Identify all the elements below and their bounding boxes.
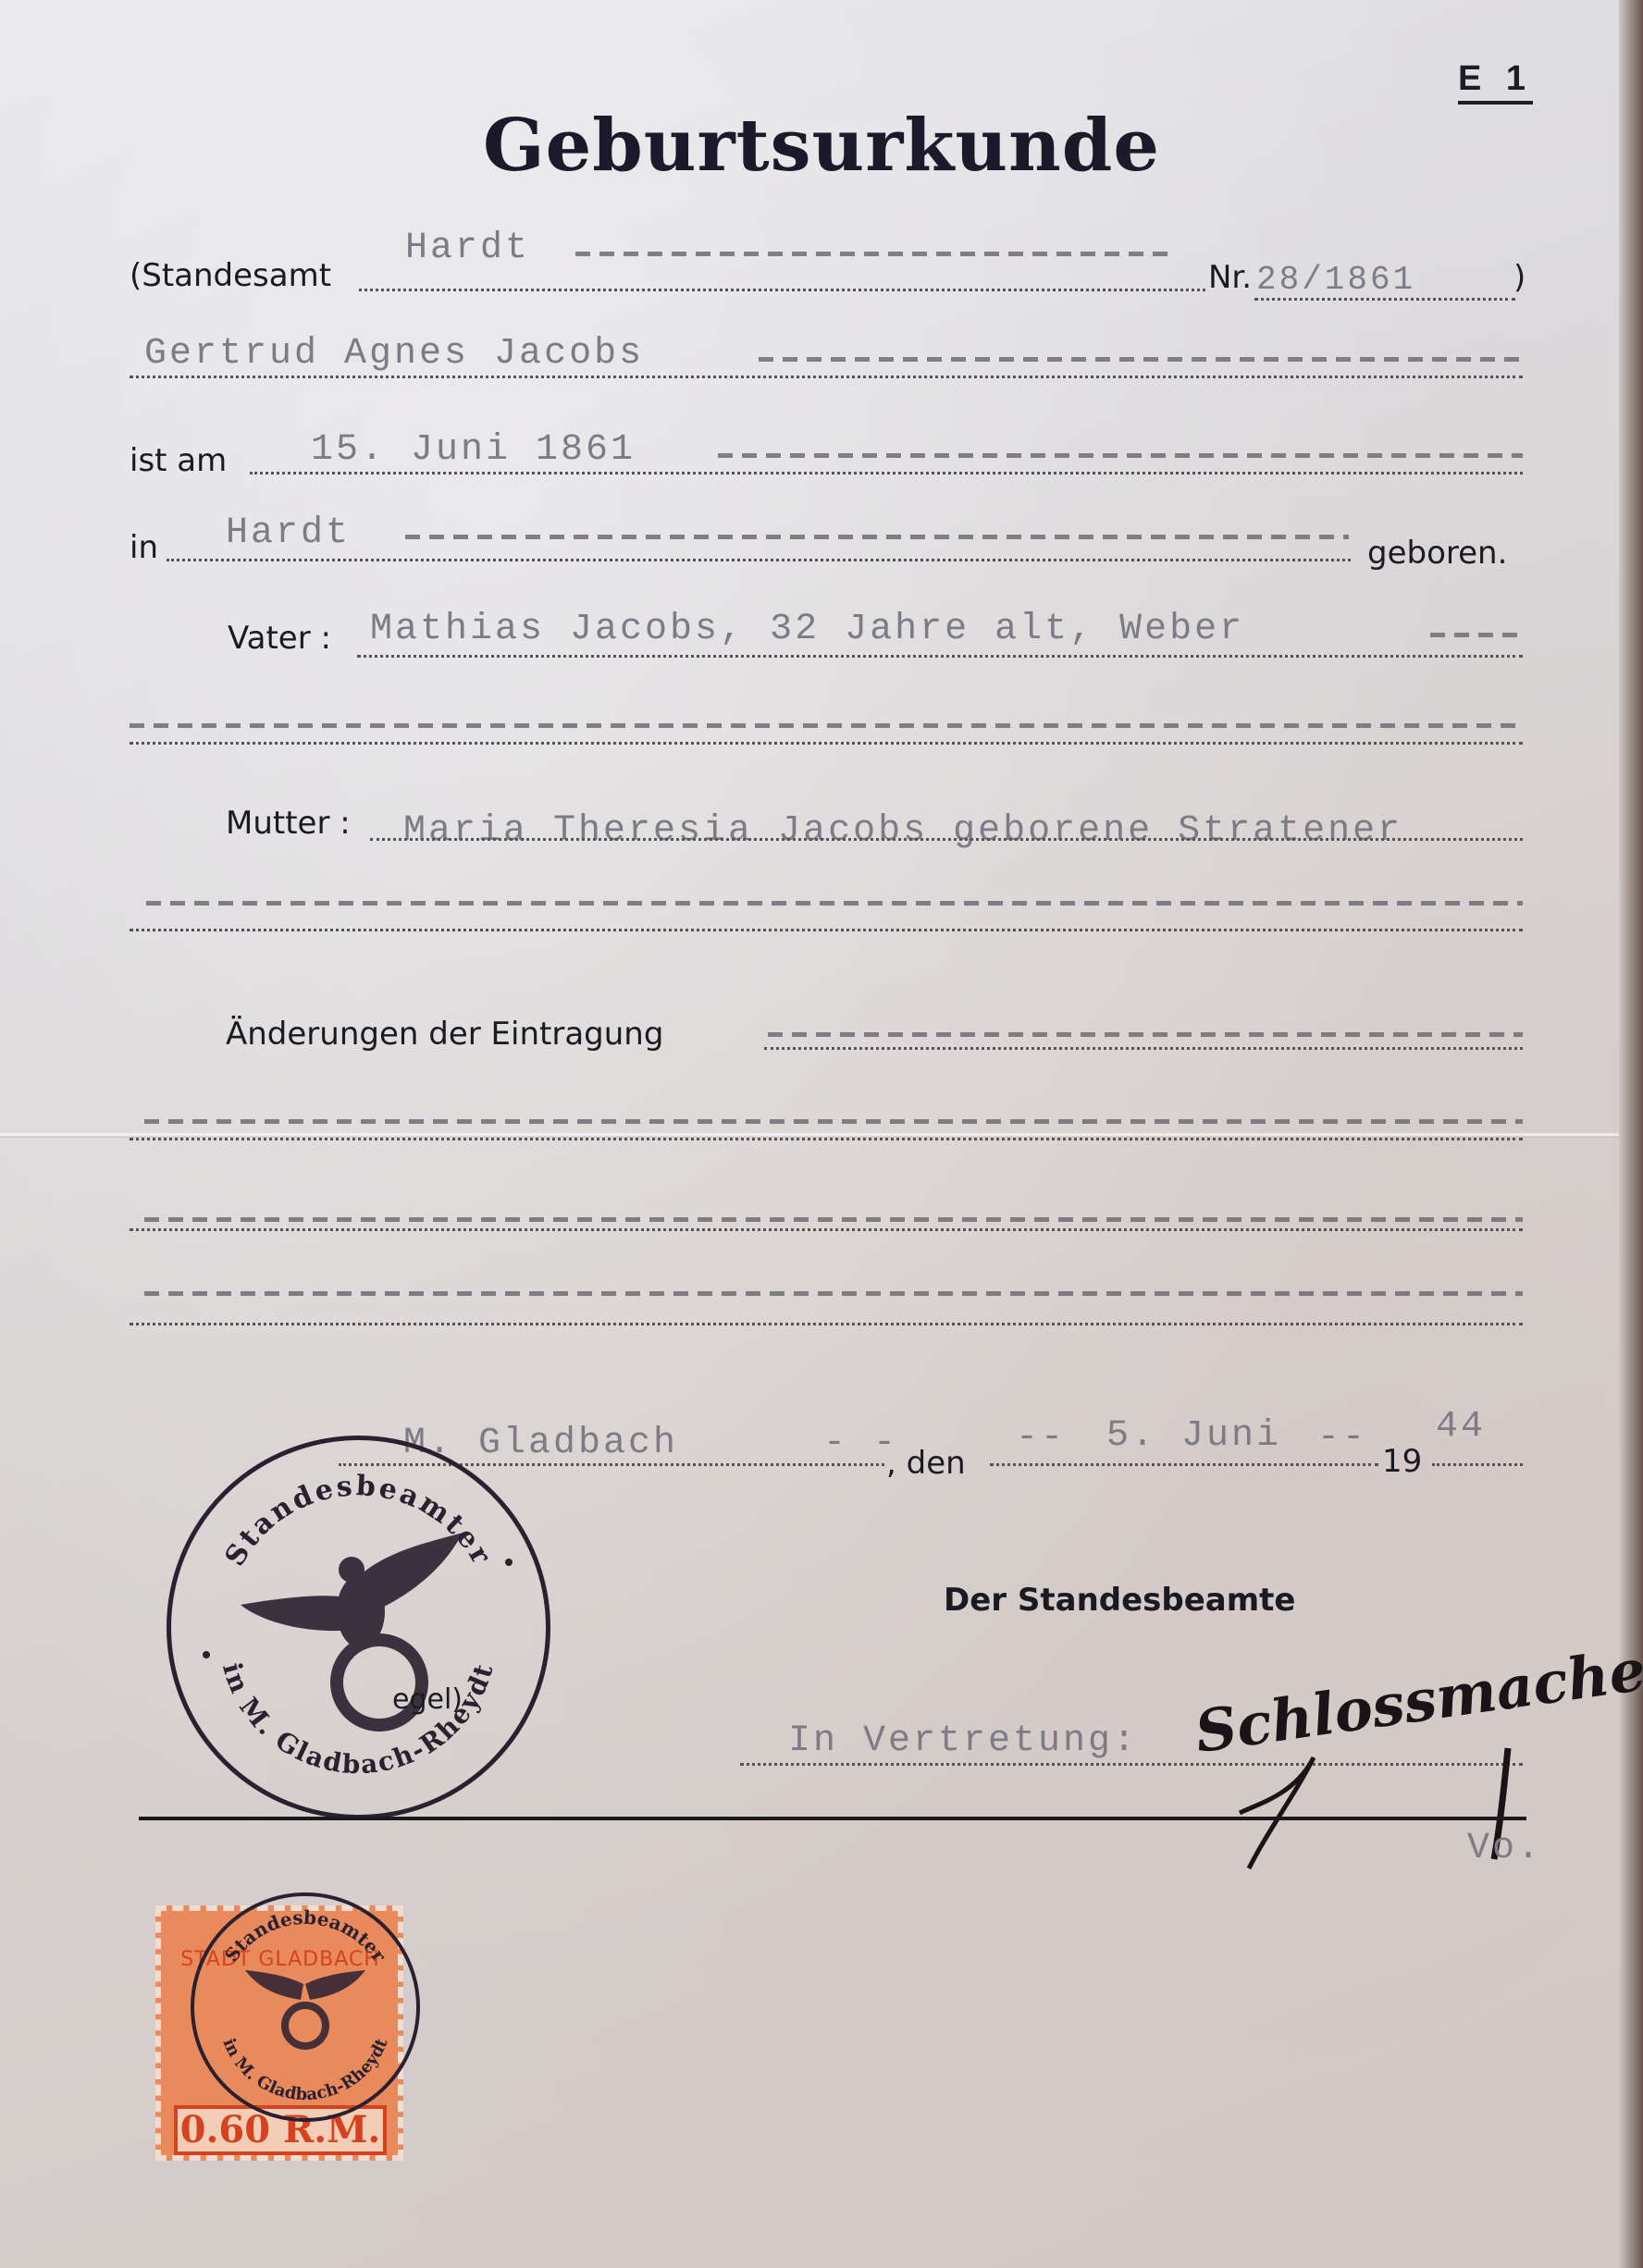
- official-suffix: Vo.: [1467, 1828, 1542, 1869]
- changes-line3-dashes: [144, 1217, 1523, 1222]
- issue-date: 5. Juni: [1106, 1415, 1281, 1457]
- father-line2-dashes: [130, 723, 1523, 728]
- nr-label: Nr.: [1208, 259, 1252, 296]
- nr-dotted-line: [1254, 298, 1515, 301]
- cancel-text-ring: Standesbeamter in M. Gladbach-Rheydt: [194, 1896, 416, 2118]
- mother-line2-dashes: [146, 901, 1523, 906]
- mother-line2-dotted: [130, 929, 1523, 931]
- official-seal: Standesbeamter in M. Gladbach-Rheydt: [167, 1436, 550, 1819]
- birth-place-label: in: [130, 529, 158, 566]
- changes-dotted-line: [764, 1047, 1523, 1050]
- svg-text:Standesbeamter: Standesbeamter: [220, 1906, 390, 1966]
- year-suffix: 44: [1436, 1406, 1486, 1448]
- issue-date-lead: --: [1016, 1417, 1066, 1459]
- birth-place-value: Hardt: [226, 512, 351, 554]
- mother-label: Mutter :: [226, 805, 351, 842]
- den-label: , den: [886, 1445, 966, 1482]
- year-prefix: 19: [1382, 1443, 1422, 1480]
- mother-value: Maria Theresia Jacobs geborene Stratener: [403, 810, 1402, 852]
- deputy-label: In Vertretung:: [788, 1720, 1138, 1762]
- father-dotted-line: [357, 655, 1523, 658]
- standesamt-fill-dashes: [575, 252, 1177, 256]
- changes-line2-dashes: [144, 1119, 1523, 1124]
- nr-close-paren: ): [1513, 259, 1526, 296]
- nr-value: 28/1861: [1256, 261, 1415, 299]
- seal-text-ring: Standesbeamter in M. Gladbach-Rheydt: [171, 1440, 546, 1815]
- changes-line3-dotted: [130, 1228, 1523, 1231]
- paper-edge: [1619, 0, 1643, 2268]
- cancel-top-text: Standesbeamter: [220, 1906, 390, 1966]
- child-name: Gertrud Agnes Jacobs: [144, 333, 644, 375]
- birth-place-suffix: geboren.: [1367, 535, 1507, 572]
- svg-text:Standesbeamter: Standesbeamter: [218, 1470, 498, 1572]
- revenue-cancel-stamp: Standesbeamter in M. Gladbach-Rheydt: [191, 1892, 420, 2122]
- official-title: Der Standesbeamte: [944, 1582, 1296, 1619]
- birth-place-dotted-line: [167, 559, 1351, 561]
- father-line2-dotted: [130, 742, 1523, 745]
- standesamt-label: (Standesamt: [130, 257, 331, 294]
- seal-top-text: Standesbeamter: [218, 1470, 498, 1572]
- seal-overlay-text: egel): [392, 1683, 463, 1716]
- form-id: E 1: [1458, 59, 1533, 105]
- birth-date-label: ist am: [130, 442, 227, 479]
- year-dotted-line: [1432, 1463, 1523, 1466]
- child-name-dotted-line: [130, 376, 1523, 378]
- issue-date-trail: --: [1317, 1417, 1367, 1459]
- changes-fill-dashes: [768, 1032, 1523, 1037]
- father-label: Vater :: [228, 620, 331, 657]
- birth-date-value: 15. Juni 1861: [311, 429, 636, 471]
- document-title: Geburtsurkunde: [0, 104, 1643, 188]
- child-name-fill-dashes: [759, 357, 1523, 362]
- cancel-eagle-icon: [245, 1970, 365, 2046]
- changes-label: Änderungen der Eintragung: [226, 1016, 663, 1053]
- standesamt-dotted-line: [359, 289, 1205, 291]
- changes-line2-dotted: [130, 1138, 1523, 1140]
- father-value: Mathias Jacobs, 32 Jahre alt, Weber: [370, 609, 1244, 650]
- issue-date-dotted-line: [990, 1463, 1378, 1466]
- mother-dotted-line: [370, 838, 1523, 841]
- birth-date-dotted-line: [250, 472, 1523, 475]
- standesamt-value: Hardt: [405, 228, 530, 269]
- birth-place-fill-dashes: [405, 535, 1349, 539]
- changes-line4-dashes: [144, 1291, 1523, 1296]
- birth-date-fill-dashes: [718, 453, 1523, 458]
- changes-line4-dotted: [130, 1323, 1523, 1325]
- father-fill-dashes: [1430, 633, 1523, 637]
- signature-rule: [139, 1817, 1526, 1820]
